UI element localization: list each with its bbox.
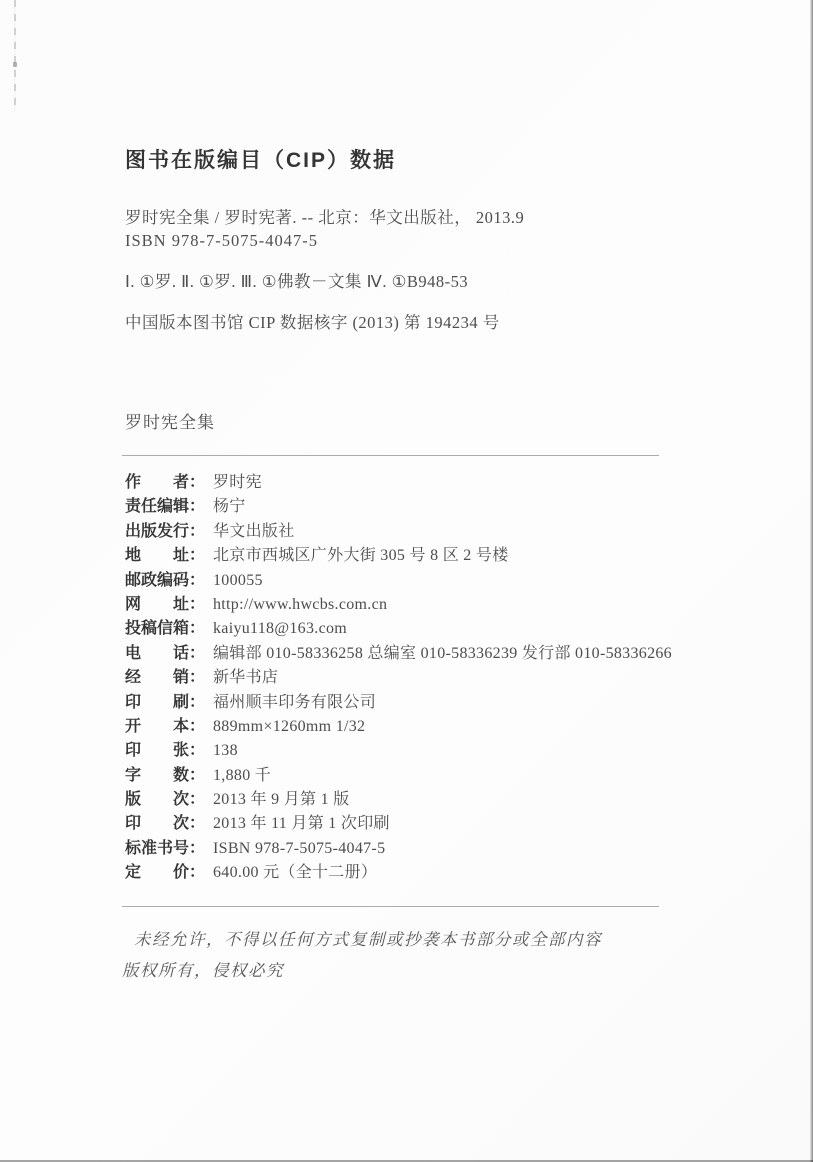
colophon-label: 版 次： <box>125 788 209 812</box>
colophon-row: 经 销： 新华书店 <box>125 666 705 690</box>
colophon-row: 责任编辑： 杨宁 <box>125 495 705 519</box>
colophon-label: 投稿信箱： <box>125 617 209 641</box>
colophon-row: 邮政编码： 100055 <box>125 569 705 593</box>
colophon-list: 作 者： 罗时宪 责任编辑： 杨宁 出版发行： 华文出版社 地 址： 北京市西城… <box>125 471 705 886</box>
colophon-row: 出版发行： 华文出版社 <box>125 520 705 544</box>
colophon-value: 福州顺丰印务有限公司 <box>213 694 376 711</box>
colophon-label: 作 者： <box>125 471 209 495</box>
colophon-value: 889mm×1260mm 1/32 <box>213 718 365 735</box>
colophon-value: 1,880 千 <box>213 767 271 784</box>
colophon-label: 电 话： <box>125 642 209 666</box>
colophon-row: 印 张： 138 <box>125 739 705 763</box>
colophon-label: 开 本： <box>125 715 209 739</box>
cip-isbn-line: ISBN 978-7-5075-4047-5 <box>125 231 318 251</box>
colophon-row: 投稿信箱： kaiyu118@163.com <box>125 617 705 641</box>
colophon-value: 640.00 元（全十二册） <box>213 864 377 881</box>
colophon-value: 新华书店 <box>213 669 278 686</box>
colophon-value: 2013 年 9 月第 1 版 <box>213 791 350 808</box>
cip-classification-line: Ⅰ. ①罗. Ⅱ. ①罗. Ⅲ. ①佛教－文集 Ⅳ. ①B948-53 <box>125 268 468 292</box>
book-title: 罗时宪全集 <box>125 408 215 433</box>
colophon-label: 邮政编码： <box>125 569 209 593</box>
colophon-label: 经 销： <box>125 666 209 690</box>
cip-title: 图书在版编目（CIP）数据 <box>125 144 396 174</box>
copyright-notice-line1: 未经允许，不得以任何方式复制或抄袭本书部分或全部内容 <box>134 926 602 950</box>
colophon-row: 印 次： 2013 年 11 月第 1 次印刷 <box>125 812 705 836</box>
colophon-label: 定 价： <box>125 861 209 885</box>
divider-top <box>122 455 659 456</box>
colophon-value: kaiyu118@163.com <box>213 620 347 637</box>
colophon-row: 标准书号： ISBN 978-7-5075-4047-5 <box>125 837 705 861</box>
colophon-label: 印 次： <box>125 812 209 836</box>
colophon-label: 地 址： <box>125 544 209 568</box>
scan-streak-artifact <box>14 0 16 112</box>
colophon-value: http://www.hwcbs.com.cn <box>213 596 387 613</box>
colophon-value: 罗时宪 <box>213 474 262 491</box>
cip-record-line: 罗时宪全集 / 罗时宪著. -- 北京：华文出版社， 2013.9 <box>125 204 524 228</box>
colophon-label: 印 张： <box>125 739 209 763</box>
colophon-value: 编辑部 010-58336258 总编室 010-58336239 发行部 01… <box>213 645 672 662</box>
colophon-value: 2013 年 11 月第 1 次印刷 <box>213 815 390 832</box>
colophon-value: 北京市西城区广外大街 305 号 8 区 2 号楼 <box>213 547 509 564</box>
colophon-label: 字 数： <box>125 764 209 788</box>
colophon-row: 定 价： 640.00 元（全十二册） <box>125 861 705 885</box>
colophon-value: 华文出版社 <box>213 523 295 540</box>
colophon-label: 出版发行： <box>125 520 209 544</box>
copyright-notice-line2: 版权所有，侵权必究 <box>122 957 284 981</box>
colophon-row: 电 话： 编辑部 010-58336258 总编室 010-58336239 发… <box>125 642 705 666</box>
colophon-row: 印 刷： 福州顺丰印务有限公司 <box>125 691 705 715</box>
colophon-value: ISBN 978-7-5075-4047-5 <box>213 840 385 857</box>
colophon-label: 印 刷： <box>125 691 209 715</box>
colophon-label: 责任编辑： <box>125 495 209 519</box>
colophon-row: 版 次： 2013 年 9 月第 1 版 <box>125 788 705 812</box>
scanned-book-copyright-page: 图书在版编目（CIP）数据 罗时宪全集 / 罗时宪著. -- 北京：华文出版社，… <box>0 0 813 1162</box>
cip-registry-number: 中国版本图书馆 CIP 数据核字 (2013) 第 194234 号 <box>125 309 500 333</box>
colophon-value: 杨宁 <box>213 498 246 515</box>
colophon-row: 开 本： 889mm×1260mm 1/32 <box>125 715 705 739</box>
colophon-value: 138 <box>213 742 238 759</box>
colophon-row: 作 者： 罗时宪 <box>125 471 705 495</box>
colophon-row: 地 址： 北京市西城区广外大街 305 号 8 区 2 号楼 <box>125 544 705 568</box>
divider-bottom <box>122 906 659 907</box>
colophon-label: 标准书号： <box>125 837 209 861</box>
colophon-row: 字 数： 1,880 千 <box>125 764 705 788</box>
colophon-value: 100055 <box>213 572 263 589</box>
colophon-row: 网 址： http://www.hwcbs.com.cn <box>125 593 705 617</box>
colophon-label: 网 址： <box>125 593 209 617</box>
